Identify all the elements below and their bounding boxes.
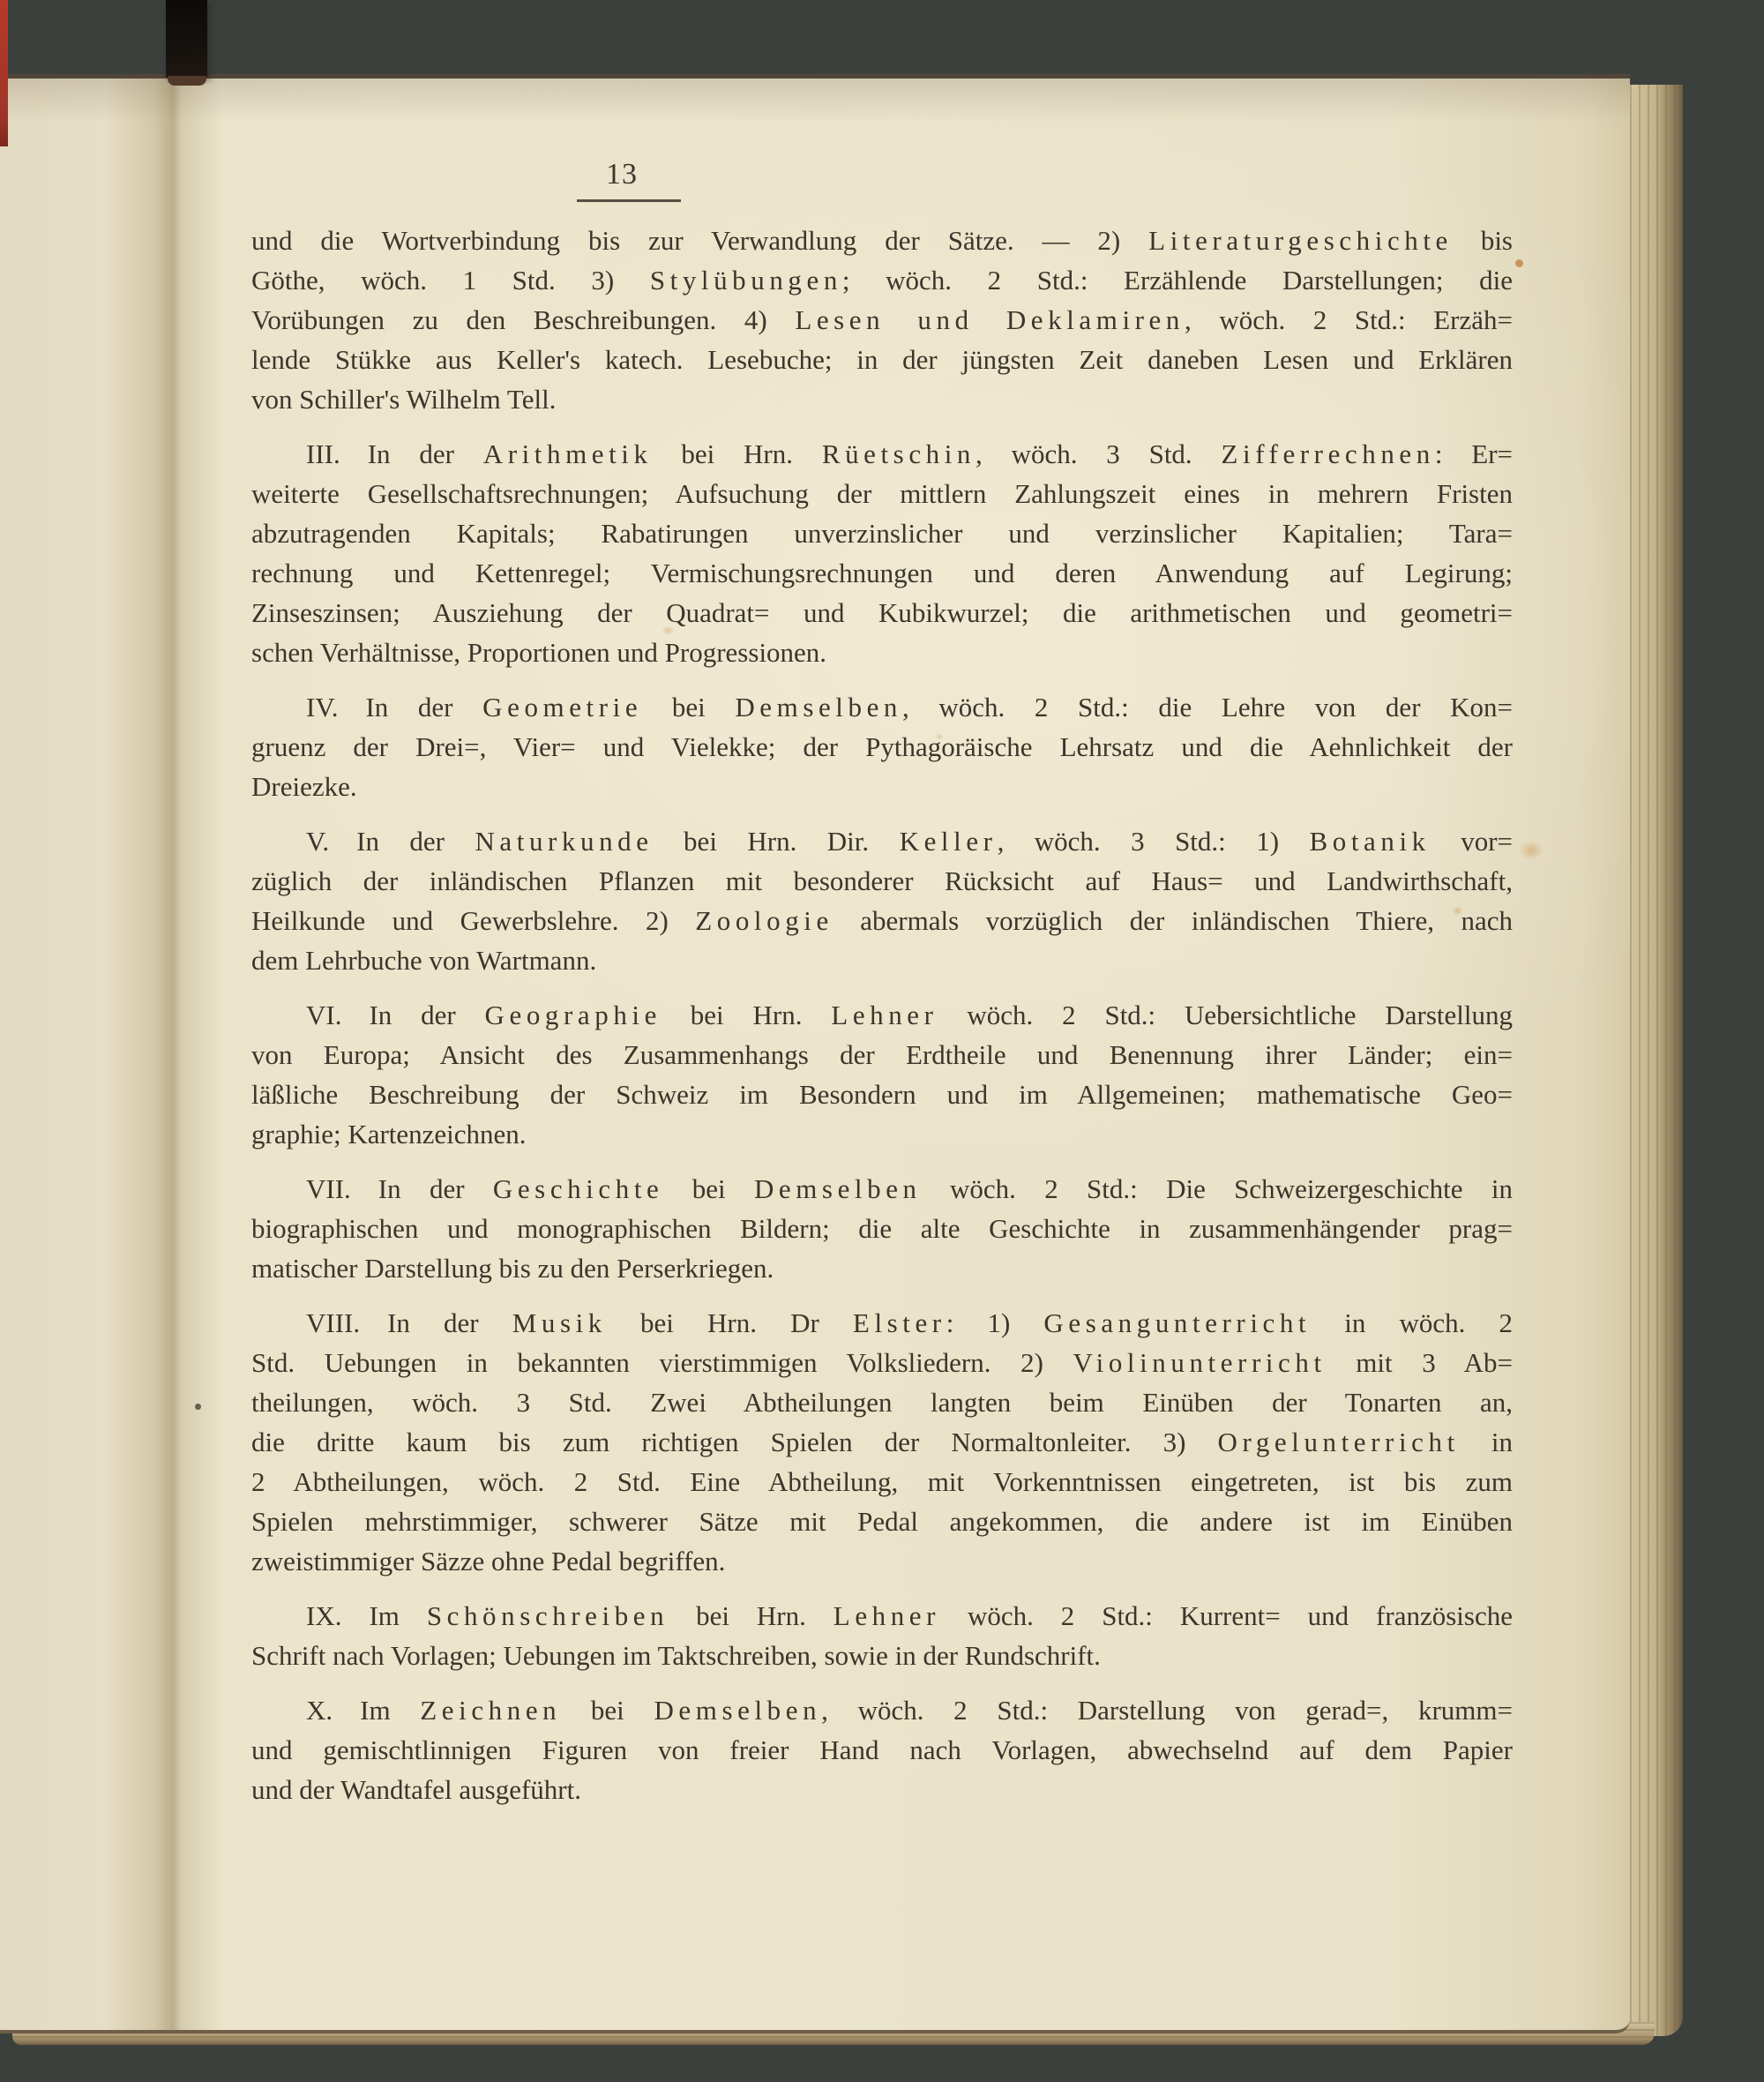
emphasized-term: Demselben	[735, 692, 902, 723]
text-segment: bei Hrn.	[669, 1600, 833, 1631]
text-line: und die Wortverbindung bis zur Verwandlu…	[251, 221, 1513, 260]
text-line: von Europa; Ansicht des Zusammenhangs de…	[251, 1035, 1513, 1075]
page-number: 13	[564, 159, 679, 191]
text-segment: matischer Darstellung bis zu den Perserk…	[251, 1253, 774, 1284]
text-segment: mit 3 Ab=	[1327, 1347, 1513, 1378]
text-segment: bei Hrn.	[653, 438, 822, 469]
text-segment: Dreiezke.	[251, 771, 357, 802]
emphasized-term: Musik	[512, 1307, 607, 1338]
text-segment: Vorübungen zu den Beschreibungen. 4)	[251, 304, 795, 335]
text-line: gruenz der Drei=, Vier= und Vielekke; de…	[251, 727, 1513, 767]
emphasized-term: Geschichte	[493, 1173, 664, 1204]
text-line: Spielen mehrstimmiger, schwerer Sätze mi…	[251, 1502, 1513, 1541]
text-segment: läßliche Beschreibung der Schweiz im Bes…	[251, 1079, 1513, 1110]
text-line: theilungen, wöch. 3 Std. Zwei Abtheilung…	[251, 1382, 1513, 1422]
paragraph-IV: IV. In der Geometrie bei Demselben, wöch…	[251, 687, 1513, 806]
text-line: X. Im Zeichnen bei Demselben, wöch. 2 St…	[251, 1690, 1513, 1730]
text-segment: wöch. 2 Std.: Kurrent= und französische	[940, 1600, 1513, 1631]
text-line: dem Lehrbuche von Wartmann.	[251, 940, 1513, 980]
text-line: läßliche Beschreibung der Schweiz im Bes…	[251, 1075, 1513, 1114]
text-segment: , wöch. 2 Std.: die Lehre von der Kon=	[902, 692, 1513, 723]
text-line: Zinseszinsen; Ausziehung der Quadrat= un…	[251, 593, 1513, 633]
text-line: schen Verhältnisse, Proportionen und Pro…	[251, 633, 1513, 672]
text-segment: VII. In der	[306, 1173, 493, 1204]
bookmark-ribbon	[166, 0, 207, 78]
text-segment: zweistimmiger Säzze ohne Pedal begriffen…	[251, 1546, 725, 1576]
paragraph-IX: IX. Im Schönschreiben bei Hrn. Lehner wö…	[251, 1596, 1513, 1675]
text-line: VII. In der Geschichte bei Demselben wöc…	[251, 1169, 1513, 1209]
text-segment: VI. In der	[306, 1000, 485, 1030]
text-segment: Spielen mehrstimmiger, schwerer Sätze mi…	[251, 1506, 1513, 1537]
emphasized-term: Keller	[900, 826, 998, 857]
red-ribbon-edge	[0, 0, 8, 146]
paragraph-X: X. Im Zeichnen bei Demselben, wöch. 2 St…	[251, 1690, 1513, 1809]
text-segment: in wöch. 2	[1311, 1307, 1513, 1338]
emphasized-term: Lehner	[831, 1000, 938, 1030]
text-line: Dreiezke.	[251, 767, 1513, 806]
text-segment: III. In der	[306, 438, 483, 469]
emphasized-term: Rüetschin	[822, 438, 975, 469]
text-line: rechnung und Kettenregel; Vermischungsre…	[251, 553, 1513, 593]
text-segment: Schrift nach Vorlagen; Uebungen im Takts…	[251, 1640, 1101, 1671]
paragraph-continuation: und die Wortverbindung bis zur Verwandlu…	[251, 221, 1513, 419]
text-segment: bei Hrn. Dir.	[654, 826, 900, 857]
text-line: VI. In der Geographie bei Hrn. Lehner wö…	[251, 995, 1513, 1035]
emphasized-term: Geometrie	[482, 692, 642, 723]
text-line: lende Stükke aus Keller's katech. Lesebu…	[251, 340, 1513, 379]
text-segment: ; wöch. 2 Std.: Erzählende Darstellungen…	[842, 265, 1513, 296]
text-line: graphie; Kartenzeichnen.	[251, 1114, 1513, 1154]
text-line: 2 Abtheilungen, wöch. 2 Std. Eine Abthei…	[251, 1462, 1513, 1502]
emphasized-term: Schönschreiben	[427, 1600, 669, 1631]
text-segment: Std. Uebungen in bekannten vierstimmigen…	[251, 1347, 1073, 1378]
text-line: von Schiller's Wilhelm Tell.	[251, 379, 1513, 419]
emphasized-term: Naturkunde	[475, 826, 653, 857]
text-segment: , wöch. 3 Std.	[975, 438, 1221, 469]
emphasized-term: Stylübungen	[650, 265, 842, 296]
text-segment: IV. In der	[306, 692, 482, 723]
emphasized-term: Geographie	[485, 1000, 661, 1030]
text-segment: gruenz der Drei=, Vier= und Vielekke; de…	[251, 731, 1513, 762]
text-line: die dritte kaum bis zum richtigen Spiele…	[251, 1422, 1513, 1462]
text-line: biographischen und monographischen Bilde…	[251, 1209, 1513, 1248]
text-segment: von Schiller's Wilhelm Tell.	[251, 384, 556, 415]
ink-speck	[195, 1404, 201, 1410]
foxing-stain	[1519, 841, 1543, 860]
emphasized-term: Zifferrechnen	[1221, 438, 1434, 469]
emphasized-term: Lesen und Deklamiren	[795, 304, 1185, 335]
text-segment: VIII. In der	[306, 1307, 512, 1338]
text-segment: rechnung und Kettenregel; Vermischungsre…	[251, 558, 1513, 588]
emphasized-term: Orgelunterricht	[1218, 1427, 1460, 1457]
paragraph-VII: VII. In der Geschichte bei Demselben wöc…	[251, 1169, 1513, 1288]
text-segment: IX. Im	[306, 1600, 427, 1631]
text-segment: in	[1460, 1427, 1513, 1457]
text-segment: : 1)	[946, 1307, 1044, 1338]
text-line: Vorübungen zu den Beschreibungen. 4) Les…	[251, 300, 1513, 340]
text-segment: abzutragenden Kapitals; Rabatirungen unv…	[251, 518, 1513, 549]
text-line: und der Wandtafel ausgeführt.	[251, 1770, 1513, 1809]
text-segment: und gemischtlinnigen Figuren von freier …	[251, 1734, 1513, 1765]
text-segment: bis	[1453, 225, 1513, 256]
text-line: zweistimmiger Säzze ohne Pedal begriffen…	[251, 1541, 1513, 1581]
text-line: V. In der Naturkunde bei Hrn. Dir. Kelle…	[251, 821, 1513, 861]
emphasized-term: Demselben	[754, 1173, 922, 1204]
text-line: Schrift nach Vorlagen; Uebungen im Takts…	[251, 1636, 1513, 1675]
text-segment: theilungen, wöch. 3 Std. Zwei Abtheilung…	[251, 1387, 1513, 1418]
text-segment: , wöch. 2 Std.: Darstellung von gerad=, …	[821, 1695, 1513, 1726]
text-segment: 2 Abtheilungen, wöch. 2 Std. Eine Abthei…	[251, 1466, 1513, 1497]
paragraph-V: V. In der Naturkunde bei Hrn. Dir. Kelle…	[251, 821, 1513, 980]
text-segment: bei	[663, 1173, 754, 1204]
text-segment: wöch. 2 Std.: Die Schweizergeschichte in	[922, 1173, 1513, 1204]
text-segment: biographischen und monographischen Bilde…	[251, 1213, 1513, 1244]
text-segment: züglich der inländischen Pflanzen mit be…	[251, 865, 1513, 896]
text-segment: und die Wortverbindung bis zur Verwandlu…	[251, 225, 1148, 256]
text-segment: graphie; Kartenzeichnen.	[251, 1119, 527, 1150]
text-segment: , wöch. 3 Std.: 1)	[998, 826, 1310, 857]
text-segment: bei Hrn. Dr	[607, 1307, 853, 1338]
text-segment: dem Lehrbuche von Wartmann.	[251, 945, 596, 976]
text-block: und die Wortverbindung bis zur Verwandlu…	[251, 221, 1513, 1809]
page-number-rule	[577, 199, 681, 202]
text-segment: Heilkunde und Gewerbslehre. 2)	[251, 905, 695, 936]
text-line: Heilkunde und Gewerbslehre. 2) Zoologie …	[251, 901, 1513, 940]
text-segment: lende Stükke aus Keller's katech. Lesebu…	[251, 344, 1513, 375]
emphasized-term: Botanik	[1310, 826, 1431, 857]
emphasized-term: Zoologie	[695, 905, 833, 936]
text-segment: vor=	[1431, 826, 1513, 857]
text-line: matischer Darstellung bis zu den Perserk…	[251, 1248, 1513, 1288]
text-segment: wöch. 2 Std.: Uebersichtliche Darstellun…	[938, 1000, 1513, 1030]
text-segment: V. In der	[306, 826, 475, 857]
text-line: Göthe, wöch. 1 Std. 3) Stylübungen; wöch…	[251, 260, 1513, 300]
text-line: züglich der inländischen Pflanzen mit be…	[251, 861, 1513, 901]
text-segment: Zinseszinsen; Ausziehung der Quadrat= un…	[251, 597, 1513, 628]
emphasized-term: Violinunterricht	[1073, 1347, 1327, 1378]
paragraph-VIII: VIII. In der Musik bei Hrn. Dr Elster: 1…	[251, 1303, 1513, 1581]
emphasized-term: Zeichnen	[420, 1695, 561, 1726]
text-segment: : Er=	[1435, 438, 1513, 469]
book-scan-background: 13 und die Wortverbindung bis zur Verwan…	[0, 0, 1764, 2082]
text-segment: bei	[642, 692, 735, 723]
text-segment: X. Im	[306, 1695, 420, 1726]
text-segment: und der Wandtafel ausgeführt.	[251, 1774, 581, 1805]
text-line: IV. In der Geometrie bei Demselben, wöch…	[251, 687, 1513, 727]
text-segment: von Europa; Ansicht des Zusammenhangs de…	[251, 1039, 1513, 1070]
text-line: abzutragenden Kapitals; Rabatirungen unv…	[251, 513, 1513, 553]
emphasized-term: Elster	[853, 1307, 946, 1338]
emphasized-term: Lehner	[833, 1600, 940, 1631]
text-segment: schen Verhältnisse, Proportionen und Pro…	[251, 637, 826, 668]
text-segment: weiterte Gesellschaftsrechnungen; Aufsuc…	[251, 478, 1513, 509]
text-line: und gemischtlinnigen Figuren von freier …	[251, 1730, 1513, 1770]
text-line: IX. Im Schönschreiben bei Hrn. Lehner wö…	[251, 1596, 1513, 1636]
text-line: III. In der Arithmetik bei Hrn. Rüetschi…	[251, 434, 1513, 474]
page-edges-right	[1621, 85, 1683, 2036]
emphasized-term: Arithmetik	[483, 438, 653, 469]
paragraph-VI: VI. In der Geographie bei Hrn. Lehner wö…	[251, 995, 1513, 1154]
paragraph-III: III. In der Arithmetik bei Hrn. Rüetschi…	[251, 434, 1513, 672]
emphasized-term: Demselben	[654, 1695, 821, 1726]
text-segment: abermals vorzüglich der inländischen Thi…	[833, 905, 1513, 936]
text-line: weiterte Gesellschaftsrechnungen; Aufsuc…	[251, 474, 1513, 513]
text-line: Std. Uebungen in bekannten vierstimmigen…	[251, 1343, 1513, 1382]
foxing-stain	[1515, 259, 1523, 267]
emphasized-term: Gesangunterricht	[1043, 1307, 1311, 1338]
text-segment: die dritte kaum bis zum richtigen Spiele…	[251, 1427, 1218, 1457]
text-segment: Göthe, wöch. 1 Std. 3)	[251, 265, 650, 296]
emphasized-term: Literaturgeschichte	[1148, 225, 1453, 256]
text-segment: bei	[561, 1695, 654, 1726]
text-segment: , wöch. 2 Std.: Erzäh=	[1185, 304, 1513, 335]
bookmark-ribbon-tip	[168, 76, 206, 86]
text-segment: bei Hrn.	[661, 1000, 831, 1030]
text-line: VIII. In der Musik bei Hrn. Dr Elster: 1…	[251, 1303, 1513, 1343]
